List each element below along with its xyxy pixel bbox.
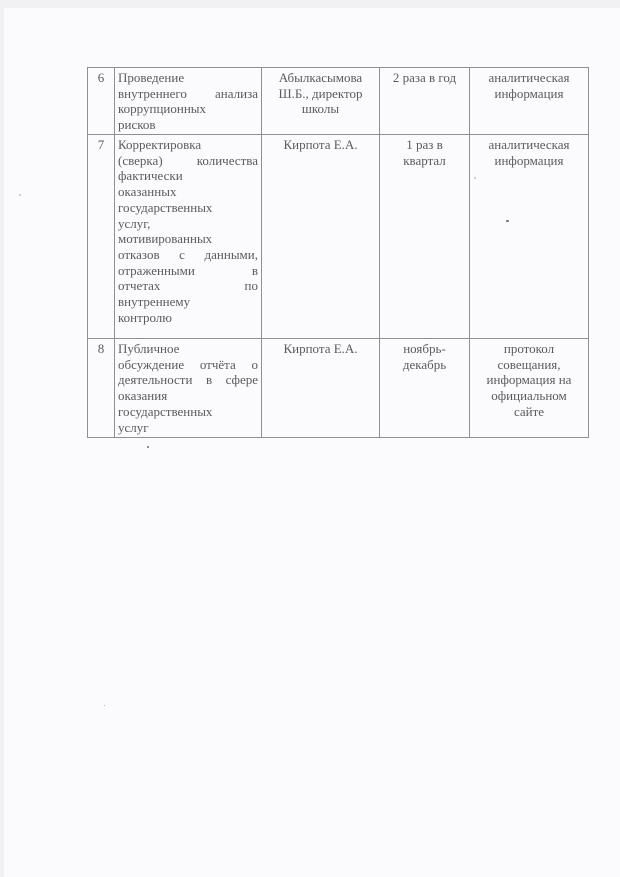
- event-text-line: государственных: [118, 200, 258, 216]
- event-text-line: отчетах по: [118, 278, 258, 294]
- completion-form-cell: протоколсовещания,информация наофициальн…: [470, 339, 589, 438]
- term-cell-line: декабрь: [383, 357, 466, 373]
- event-cell: Публичноеобсуждение отчёта одеятельности…: [115, 339, 262, 438]
- row-number: 7: [88, 135, 115, 339]
- row-number: 6: [88, 68, 115, 135]
- event-text-line: государственных: [118, 404, 258, 420]
- event-text-line: Корректировка: [118, 137, 258, 153]
- term-cell: 1 раз вквартал: [380, 135, 470, 339]
- completion-form-cell-line: официальном: [473, 388, 585, 404]
- event-text-line: обсуждение отчёта о: [118, 357, 258, 373]
- responsible-cell: Кирпота Е.А.: [262, 135, 380, 339]
- event-text-line: услуг: [118, 420, 258, 436]
- event-text-line: отраженными в: [118, 263, 258, 279]
- table-row: 6Проведениевнутреннего анализакоррупцион…: [88, 68, 589, 135]
- responsible-cell-line: Ш.Б., директор: [265, 86, 376, 102]
- event-text-line: оказанных: [118, 184, 258, 200]
- responsible-cell-line: Кирпота Е.А.: [265, 341, 376, 357]
- event-text-line: контролю: [118, 310, 258, 326]
- responsible-cell-line: Абылкасымова: [265, 70, 376, 86]
- event-text-line: внутреннему: [118, 294, 258, 310]
- completion-form-cell-line: аналитическая: [473, 137, 585, 153]
- term-cell-line: квартал: [383, 153, 466, 169]
- completion-form-cell-line: аналитическая: [473, 70, 585, 86]
- event-text-line: услуг,: [118, 216, 258, 232]
- event-text-line: отказов с данными,: [118, 247, 258, 263]
- term-cell-line: 1 раз в: [383, 137, 466, 153]
- event-text-line: фактически: [118, 168, 258, 184]
- scan-speck: [147, 446, 149, 448]
- event-text-line: оказания: [118, 388, 258, 404]
- completion-form-cell-line: информация: [473, 86, 585, 102]
- event-cell: Проведениевнутреннего анализакоррупционн…: [115, 68, 262, 135]
- scan-speck: [19, 194, 21, 196]
- responsible-cell: АбылкасымоваШ.Б., директоршколы: [262, 68, 380, 135]
- completion-form-cell: аналитическаяинформация: [470, 135, 589, 339]
- scan-speck: [506, 220, 509, 222]
- event-text-line: Проведение: [118, 70, 258, 86]
- event-text-line: (сверка) количества: [118, 153, 258, 169]
- responsible-cell: Кирпота Е.А.: [262, 339, 380, 438]
- term-cell: ноябрь-декабрь: [380, 339, 470, 438]
- event-text-line: деятельности в сфере: [118, 372, 258, 388]
- term-cell-line: ноябрь-: [383, 341, 466, 357]
- term-cell-line: 2 раза в год: [383, 70, 466, 86]
- event-text-line: Публичное: [118, 341, 258, 357]
- row-number: 8: [88, 339, 115, 438]
- table-row: 7Корректировка(сверка) количествафактиче…: [88, 135, 589, 339]
- completion-form-cell-line: информация на: [473, 372, 585, 388]
- event-text-line: рисков: [118, 117, 258, 133]
- responsible-cell-line: Кирпота Е.А.: [265, 137, 376, 153]
- table-row: 8Публичноеобсуждение отчёта одеятельност…: [88, 339, 589, 438]
- completion-form-cell-line: совещания,: [473, 357, 585, 373]
- event-text-line: коррупционных: [118, 101, 258, 117]
- event-text-line: мотивированных: [118, 231, 258, 247]
- completion-form-cell-line: сайте: [473, 404, 585, 420]
- completion-form-cell: аналитическаяинформация: [470, 68, 589, 135]
- scan-speck: [474, 177, 476, 179]
- action-plan-table: 6Проведениевнутреннего анализакоррупцион…: [87, 67, 589, 438]
- term-cell: 2 раза в год: [380, 68, 470, 135]
- scan-speck: [104, 705, 105, 706]
- scanned-page: 6Проведениевнутреннего анализакоррупцион…: [4, 8, 620, 877]
- completion-form-cell-line: протокол: [473, 341, 585, 357]
- completion-form-cell-line: информация: [473, 153, 585, 169]
- event-text-line: внутреннего анализа: [118, 86, 258, 102]
- responsible-cell-line: школы: [265, 101, 376, 117]
- event-cell: Корректировка(сверка) количествафактичес…: [115, 135, 262, 339]
